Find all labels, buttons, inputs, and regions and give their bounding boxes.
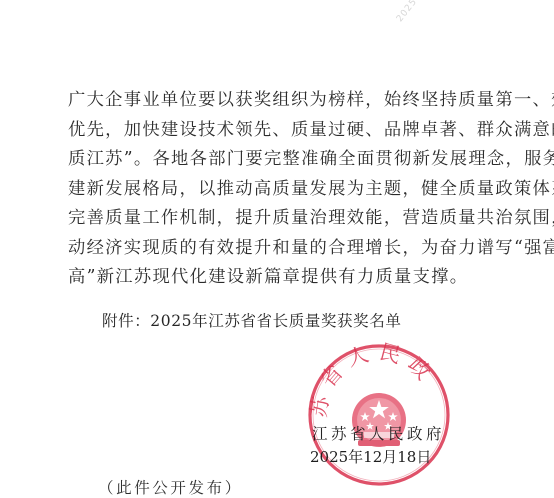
body-line: 动经济实现质的有效提升和量的合理增长，为奋力谱写“强富美 [68, 234, 508, 264]
body-line: 完善质量工作机制，提升质量治理效能，营造质量共治氛围，推 [68, 204, 508, 234]
public-release-note: （此件公开发布） [98, 476, 243, 498]
attachment-reference: 附件：2025年江苏省省长质量奖获奖名单 [102, 309, 401, 331]
watermark: 2025-12 [395, 0, 430, 24]
issue-date: 2025年12月18日 [310, 446, 431, 467]
body-line: 质江苏”。各地各部门要完整准确全面贯彻新发展理念，服务构 [68, 145, 508, 175]
body-line: 优先，加快建设技术领先、质量过硬、品牌卓著、群众满意的“品 [68, 116, 508, 146]
body-line: 高”新江苏现代化建设新篇章提供有力质量支撑。 [68, 263, 508, 293]
body-line: 广大企事业单位要以获奖组织为榜样，始终坚持质量第一、效益 [68, 86, 508, 116]
issuing-authority: 江苏省人民政府 [312, 422, 445, 444]
body-line: 建新发展格局，以推动高质量发展为主题，健全质量政策体系， [68, 175, 508, 205]
document-body: 广大企事业单位要以获奖组织为榜样，始终坚持质量第一、效益 优先，加快建设技术领先… [68, 86, 508, 293]
